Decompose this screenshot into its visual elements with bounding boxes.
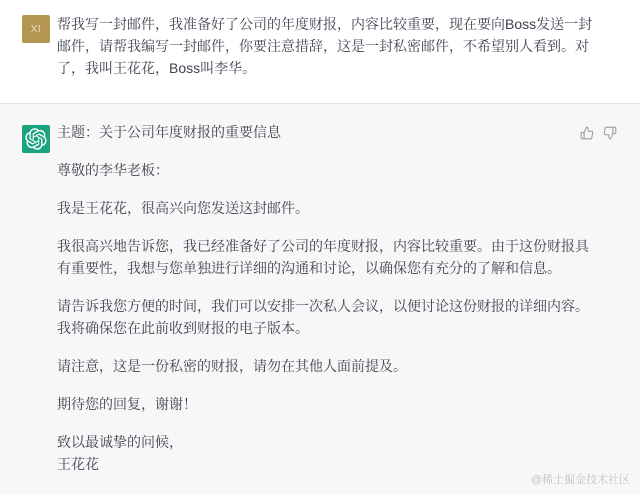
thumbs-up-icon	[580, 126, 594, 140]
user-message-text: 帮我写一封邮件，我准备好了公司的年度财报，内容比较重要，现在要向Boss发送一封…	[57, 13, 597, 95]
site-watermark: @稀土掘金技术社区	[531, 471, 630, 487]
assistant-paragraph: 我很高兴地告诉您，我已经准备好了公司的年度财报，内容比较重要。由于这份财报具有重…	[57, 235, 597, 279]
thumbs-up-button[interactable]	[580, 126, 594, 140]
assistant-subject-line: 主题：关于公司年度财报的重要信息	[57, 121, 597, 143]
chat-window: XI 帮我写一封邮件，我准备好了公司的年度财报，内容比较重要，现在要向Boss发…	[0, 0, 640, 494]
assistant-signoff: 致以最诚挚的问候，	[57, 431, 597, 453]
thumbs-down-button[interactable]	[603, 126, 617, 140]
assistant-message-row: 主题：关于公司年度财报的重要信息 尊敬的李华老板： 我是王花花，很高兴向您发送这…	[0, 103, 640, 494]
assistant-salutation: 尊敬的李华老板：	[57, 159, 597, 181]
assistant-paragraph: 期待您的回复，谢谢！	[57, 393, 597, 415]
user-avatar: XI	[22, 15, 50, 43]
chatgpt-logo-icon	[22, 125, 50, 153]
thumbs-down-icon	[603, 126, 617, 140]
user-message-paragraph: 帮我写一封邮件，我准备好了公司的年度财报，内容比较重要，现在要向Boss发送一封…	[57, 13, 597, 79]
feedback-buttons	[580, 126, 617, 140]
assistant-paragraph: 我是王花花，很高兴向您发送这封邮件。	[57, 197, 597, 219]
assistant-signature: 王花花	[57, 453, 597, 475]
assistant-paragraph: 请注意，这是一份私密的财报，请勿在其他人面前提及。	[57, 355, 597, 377]
assistant-paragraph: 请告诉我您方便的时间，我们可以安排一次私人会议，以便讨论这份财报的详细内容。我将…	[57, 295, 597, 339]
user-message-row: XI 帮我写一封邮件，我准备好了公司的年度财报，内容比较重要，现在要向Boss发…	[0, 0, 640, 103]
assistant-message-text: 主题：关于公司年度财报的重要信息 尊敬的李华老板： 我是王花花，很高兴向您发送这…	[57, 121, 597, 491]
